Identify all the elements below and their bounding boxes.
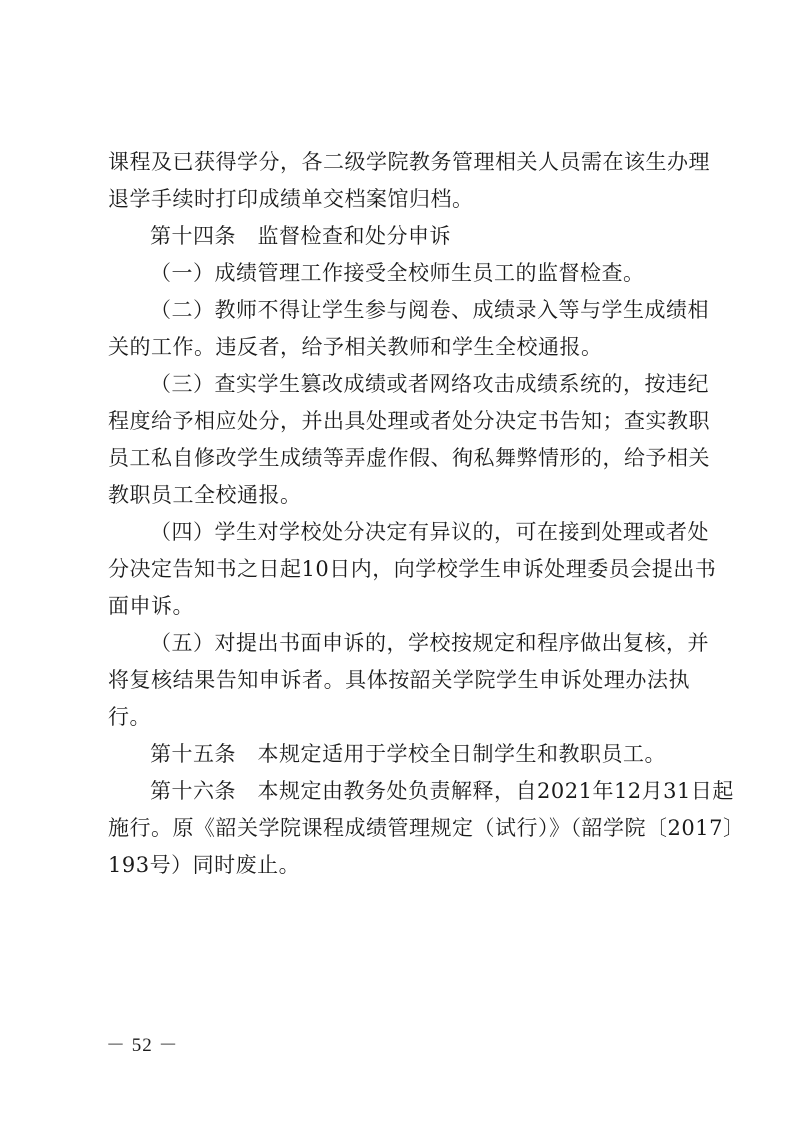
clause-5-line-1: （五）对提出书面申诉的，学校按规定和程序做出复核，并	[150, 628, 690, 658]
document-page: 课程及已获得学分，各二级学院教务管理相关人员需在该生办理 退学手续时打印成绩单交…	[0, 0, 793, 1122]
clause-3-line-2: 程度给予相应处分，并出具处理或者处分决定书告知；查实教职	[108, 406, 690, 436]
clause-3-line-3: 员工私自修改学生成绩等弄虚作假、徇私舞弊情形的，给予相关	[108, 443, 690, 473]
article-14-heading: 第十四条 监督检查和处分申诉	[150, 221, 690, 251]
clause-5-line-3: 行。	[108, 702, 690, 732]
paragraph-line-2: 退学手续时打印成绩单交档案馆归档。	[108, 184, 690, 214]
article-16-line-1: 第十六条 本规定由教务处负责解释，自2021年12月31日起	[150, 776, 690, 806]
clause-3-line-1: （三）查实学生篡改成绩或者网络攻击成绩系统的，按违纪	[150, 369, 690, 399]
clause-4-line-3: 面申诉。	[108, 591, 690, 621]
article-16-line-3: 193号）同时废止。	[108, 850, 690, 880]
clause-5-line-2: 将复核结果告知申诉者。具体按韶关学院学生申诉处理办法执	[108, 665, 690, 695]
clause-4-line-2: 分决定告知书之日起10日内，向学校学生申诉处理委员会提出书	[108, 554, 690, 584]
paragraph-line-1: 课程及已获得学分，各二级学院教务管理相关人员需在该生办理	[108, 147, 690, 177]
clause-2-line-1: （二）教师不得让学生参与阅卷、成绩录入等与学生成绩相	[150, 295, 690, 325]
clause-2-line-2: 关的工作。违反者，给予相关教师和学生全校通报。	[108, 332, 690, 362]
clause-1-line-1: （一）成绩管理工作接受全校师生员工的监督检查。	[150, 258, 690, 288]
clause-3-line-4: 教职员工全校通报。	[108, 480, 690, 510]
page-number: － 52 －	[106, 1034, 179, 1058]
clause-4-line-1: （四）学生对学校处分决定有异议的，可在接到处理或者处	[150, 517, 690, 547]
article-16-line-2: 施行。原《韶关学院课程成绩管理规定（试行）》（韶学院〔2017〕	[108, 813, 690, 843]
article-15: 第十五条 本规定适用于学校全日制学生和教职员工。	[150, 739, 690, 769]
